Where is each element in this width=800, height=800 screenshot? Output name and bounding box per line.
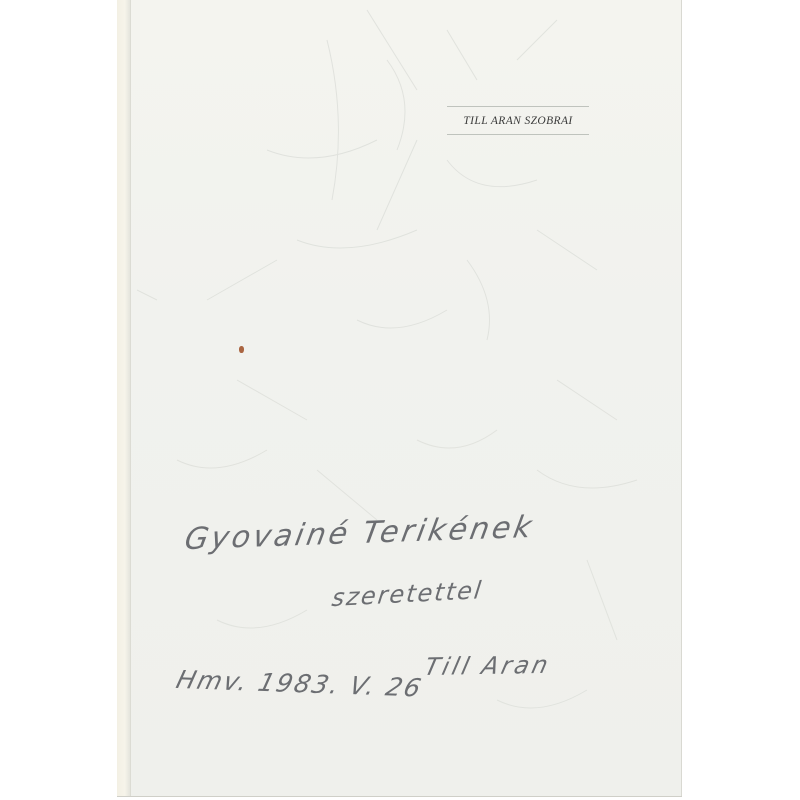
book-cover: TILL ARAN SZOBRAI Gyovainé Terikének sze… <box>117 0 682 796</box>
title-rule-bottom <box>447 134 589 135</box>
rust-stain-mark <box>239 346 244 353</box>
page-background: TILL ARAN SZOBRAI Gyovainé Terikének sze… <box>0 0 800 800</box>
cover-title-block: TILL ARAN SZOBRAI <box>447 106 589 135</box>
cover-title: TILL ARAN SZOBRAI <box>447 107 589 134</box>
inscription-signature: Till Aran <box>422 651 554 681</box>
